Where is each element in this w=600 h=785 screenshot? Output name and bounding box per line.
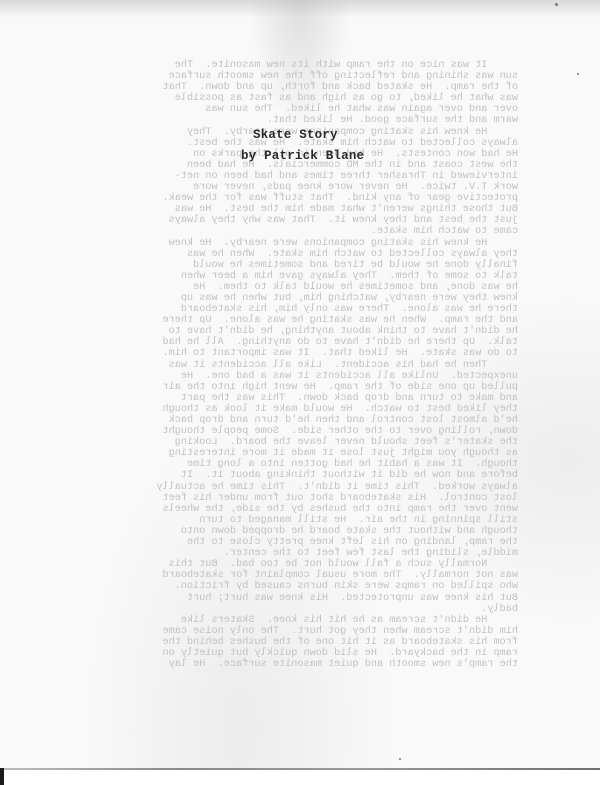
ink-speck bbox=[313, 288, 314, 289]
scanner-background bbox=[0, 770, 600, 785]
story-byline: by Patrick Blane bbox=[241, 149, 364, 163]
bleed-through-line: before and now he did it without thinkin… bbox=[90, 470, 518, 481]
bleed-through-line: But his knee was unprotected. His knee w… bbox=[90, 593, 518, 604]
ink-speck bbox=[249, 155, 251, 157]
corner-mark bbox=[0, 768, 4, 785]
ink-speck bbox=[555, 3, 558, 6]
story-title: Skate Story bbox=[253, 128, 338, 142]
bleed-through-line: always worked. This time it didn't. This… bbox=[90, 482, 518, 493]
bleed-through-line: Then he had his accident. Like all accid… bbox=[90, 360, 518, 371]
bleed-through-line: the ramp's new smooth and quiet masonite… bbox=[90, 659, 518, 670]
bleed-through-line: He knew his skating companions were near… bbox=[90, 238, 518, 249]
ink-speck bbox=[399, 758, 401, 760]
bleed-through-line: warm and the surface good. He liked that… bbox=[90, 115, 518, 126]
scanned-page: It was nice on the ramp with its new mas… bbox=[0, 0, 600, 768]
bleed-through-line: came to watch him skate. bbox=[90, 226, 518, 237]
bleed-through-line: to do was skate. He liked that. It was i… bbox=[90, 348, 518, 359]
scan-shadow bbox=[0, 0, 600, 18]
ink-speck bbox=[577, 73, 579, 75]
bleed-through-line: who spilled on ramps were skin burns cau… bbox=[90, 581, 518, 592]
